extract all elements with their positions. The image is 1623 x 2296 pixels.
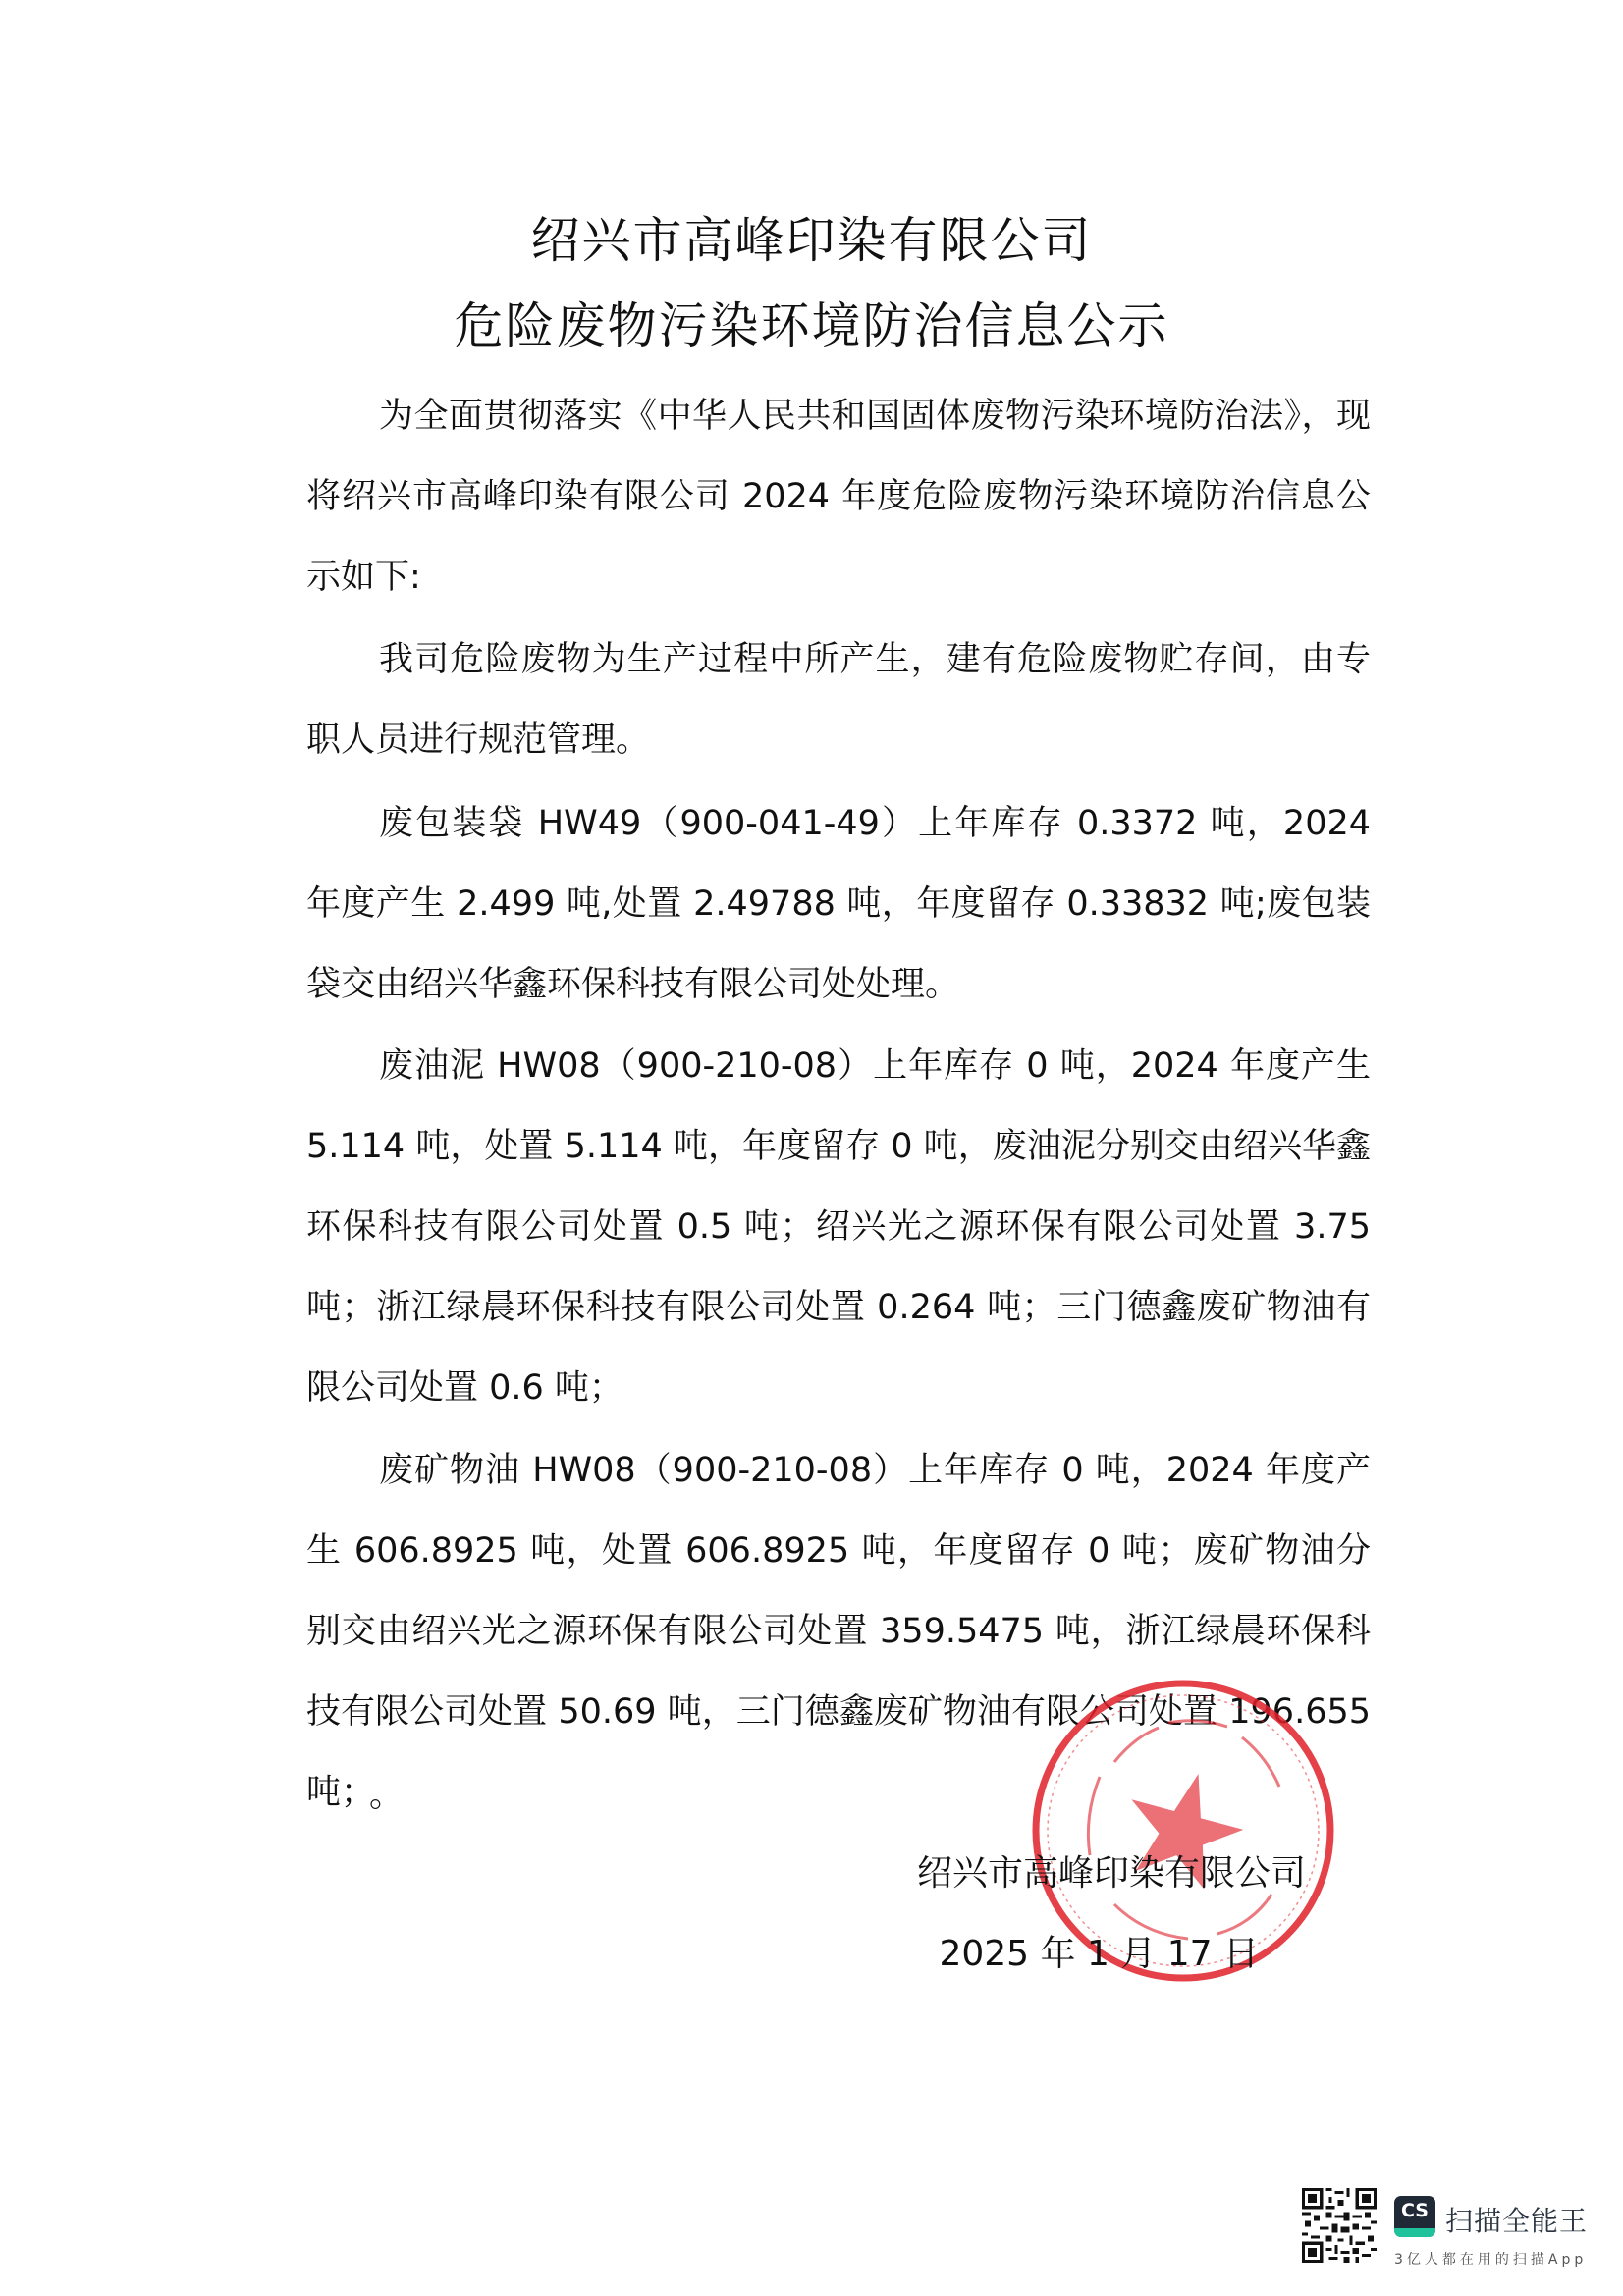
- body-stray-period: 。: [369, 1755, 1434, 1836]
- paragraph-text: 为全面贯彻落实《中华人民共和国固体废物污染环境防治法》，现将绍兴市高峰印染有限公…: [306, 376, 1371, 617]
- signature-date: 2025 年 1 月 17 日: [0, 1926, 1259, 1976]
- scanner-app-name: 扫描全能王: [1445, 2200, 1588, 2239]
- signature-company: 绍兴市高峰印染有限公司: [0, 1845, 1306, 1896]
- document-title-subject: 危险废物污染环境防治信息公示: [0, 287, 1623, 357]
- body-paragraph-waste-oil-sludge: 废油泥 HW08（900-210-08）上年库存 0 吨，2024 年度产生 5…: [306, 1026, 1371, 1428]
- paragraph-text: 废包装袋 HW49（900-041-49）上年库存 0.3372 吨，2024 …: [306, 783, 1371, 1025]
- document-page: 绍兴市高峰印染有限公司 危险废物污染环境防治信息公示 为全面贯彻落实《中华人民共…: [0, 0, 1623, 2296]
- scanner-watermark: CS 扫描全能王 3亿人都在用的扫描App: [1296, 2184, 1620, 2282]
- body-paragraph-waste-packaging: 废包装袋 HW49（900-041-49）上年库存 0.3372 吨，2024 …: [306, 783, 1371, 1025]
- logo-text: CS: [1394, 2200, 1435, 2221]
- paragraph-text: 废油泥 HW08（900-210-08）上年库存 0 吨，2024 年度产生 5…: [306, 1026, 1371, 1428]
- period-mark: 。: [369, 1776, 404, 1815]
- logo-accent-bar: [1394, 2228, 1435, 2237]
- body-paragraph-intro: 为全面贯彻落实《中华人民共和国固体废物污染环境防治法》，现将绍兴市高峰印染有限公…: [306, 376, 1371, 617]
- scanner-app-slogan: 3亿人都在用的扫描App: [1394, 2249, 1587, 2269]
- camscanner-logo-icon: CS: [1394, 2196, 1435, 2237]
- body-paragraph-management: 我司危险废物为生产过程中所产生，建有危险废物贮存间，由专职人员进行规范管理。: [306, 619, 1371, 780]
- qr-code-icon: [1302, 2188, 1377, 2263]
- paragraph-text: 我司危险废物为生产过程中所产生，建有危险废物贮存间，由专职人员进行规范管理。: [306, 619, 1371, 780]
- document-title-company: 绍兴市高峰印染有限公司: [0, 201, 1623, 272]
